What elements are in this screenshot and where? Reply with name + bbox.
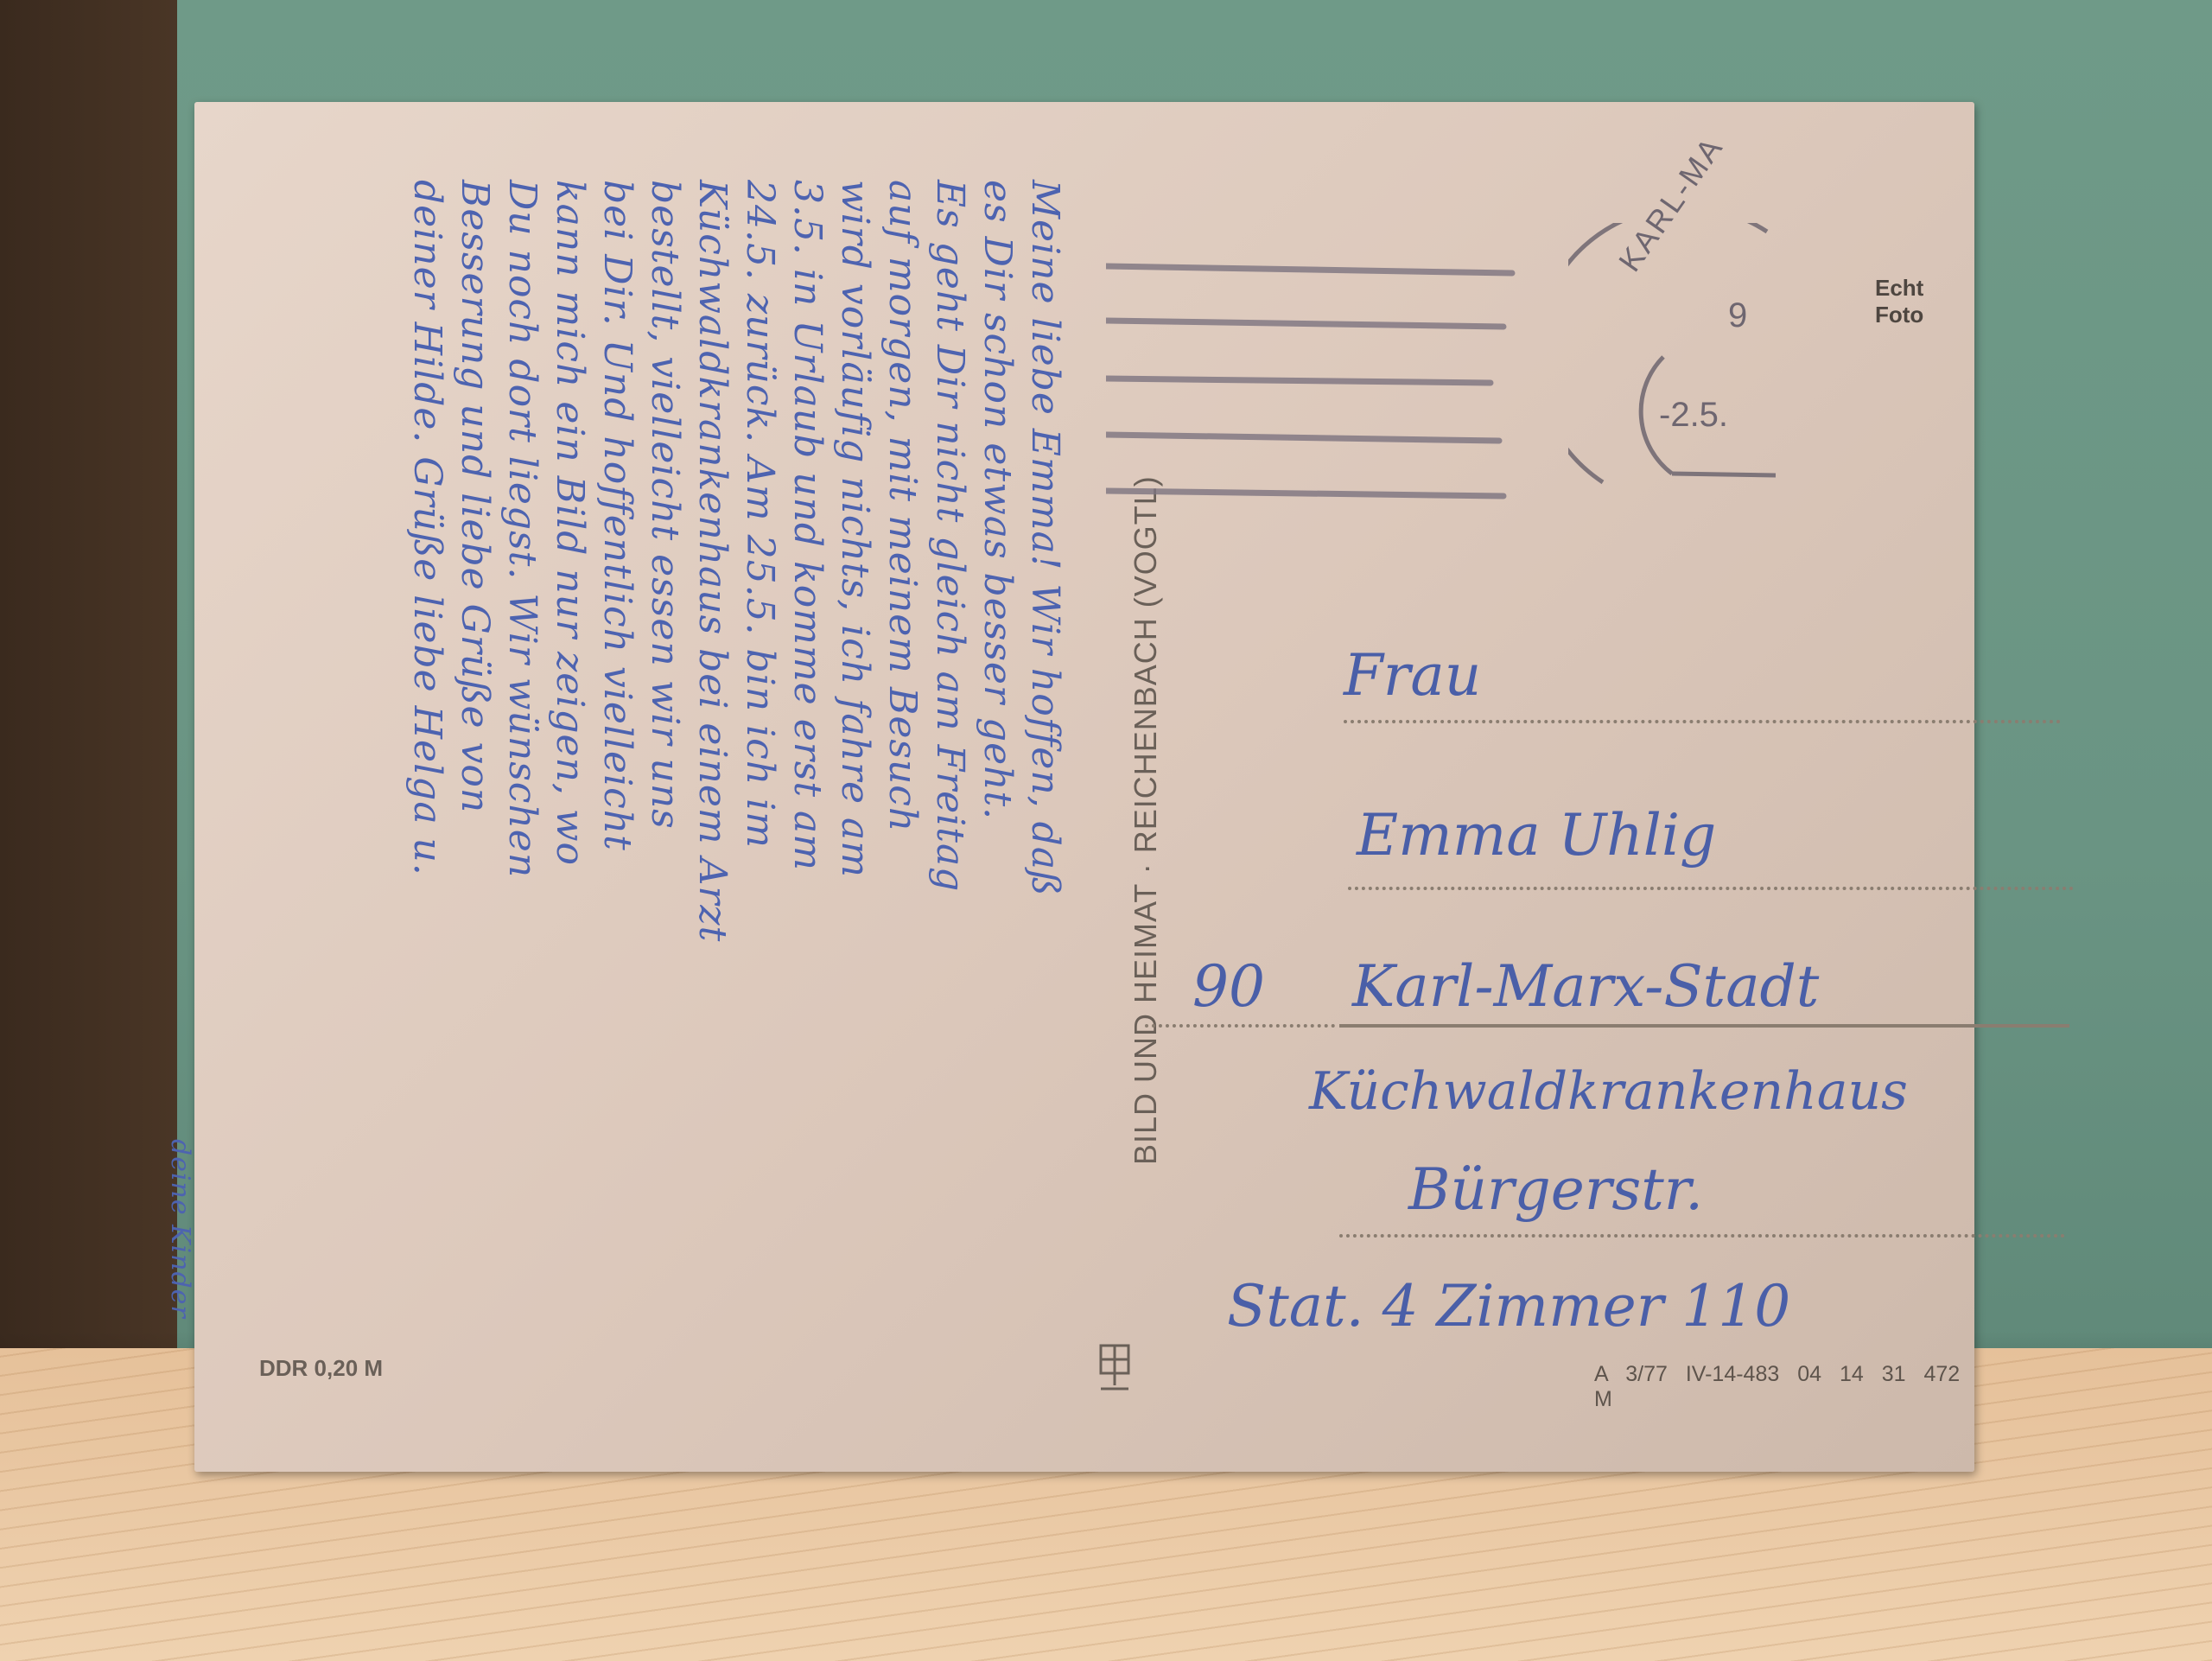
- message-signature: deine Kinder: [165, 1139, 195, 1319]
- address-name: Emma Uhlig: [1357, 802, 1716, 869]
- address-line-2: [1348, 887, 2074, 890]
- message-line: bestellt, vielleicht essen wir uns: [643, 180, 687, 830]
- address-city: Karl-Marx-Stadt: [1352, 953, 1819, 1020]
- address-postcode: 90: [1192, 953, 1265, 1020]
- publisher-imprint: BILD UND HEIMAT · REICHENBACH (VOGTL): [1128, 475, 1164, 1165]
- address-room: Stat. 4 Zimmer 110: [1227, 1273, 1790, 1340]
- message-line: kann mich ein Bild nur zeigen, wo: [548, 180, 592, 866]
- message-line: wird vorläufig nichts, ich fahre am: [833, 180, 877, 878]
- postmark-icon: [1568, 223, 1845, 500]
- address-institution: Küchwaldkrankenhaus: [1309, 1061, 1908, 1122]
- address-line-1: [1344, 720, 2061, 723]
- message-line: auf morgen, mit meinem Besuch: [880, 180, 925, 832]
- address-street: Bürgerstr.: [1408, 1156, 1703, 1223]
- message-line: 24.5. zurück. Am 25.5. bin ich im: [738, 180, 782, 849]
- dark-wall-panel: [0, 0, 181, 1417]
- message-line: es Dir schon etwas besser geht.: [976, 180, 1020, 820]
- postmark-letter: 9: [1728, 296, 1747, 335]
- print-codes: A 3/77 IV-14-483 04 14 31 472 M: [1594, 1362, 1974, 1412]
- city-underline: [1339, 1024, 2069, 1028]
- address-salutation: Frau: [1344, 642, 1481, 709]
- echt-foto-label: Echt Foto: [1875, 275, 1974, 328]
- cancellation-lines: [1106, 249, 1521, 508]
- postcard: Meine liebe Emma! Wir hoffen, daß es Dir…: [194, 102, 1974, 1472]
- publisher-logo-icon: [1097, 1342, 1132, 1394]
- message-line: Meine liebe Emma! Wir hoffen, daß: [1023, 180, 1067, 896]
- postage-value: DDR 0,20 M: [259, 1355, 383, 1382]
- message-line: Besserung und liebe Grüße von: [453, 180, 497, 813]
- message-line: Es geht Dir nicht gleich am Freitag: [928, 180, 972, 892]
- postcode-line: [1145, 1024, 1335, 1028]
- address-line-4: [1339, 1234, 2065, 1238]
- message-line: Küchwaldkrankenhaus bei einem Arzt: [690, 180, 734, 942]
- message-line: Du noch dort liegst. Wir wünschen: [500, 180, 544, 878]
- postmark-date: -2.5.: [1659, 396, 1728, 435]
- message-line: bei Dir. Und hoffentlich vielleicht: [595, 180, 639, 851]
- message-line: deiner Hilde. Grüße liebe Helga u.: [405, 180, 449, 876]
- message-line: 3.5. in Urlaub und komme erst am: [785, 180, 829, 871]
